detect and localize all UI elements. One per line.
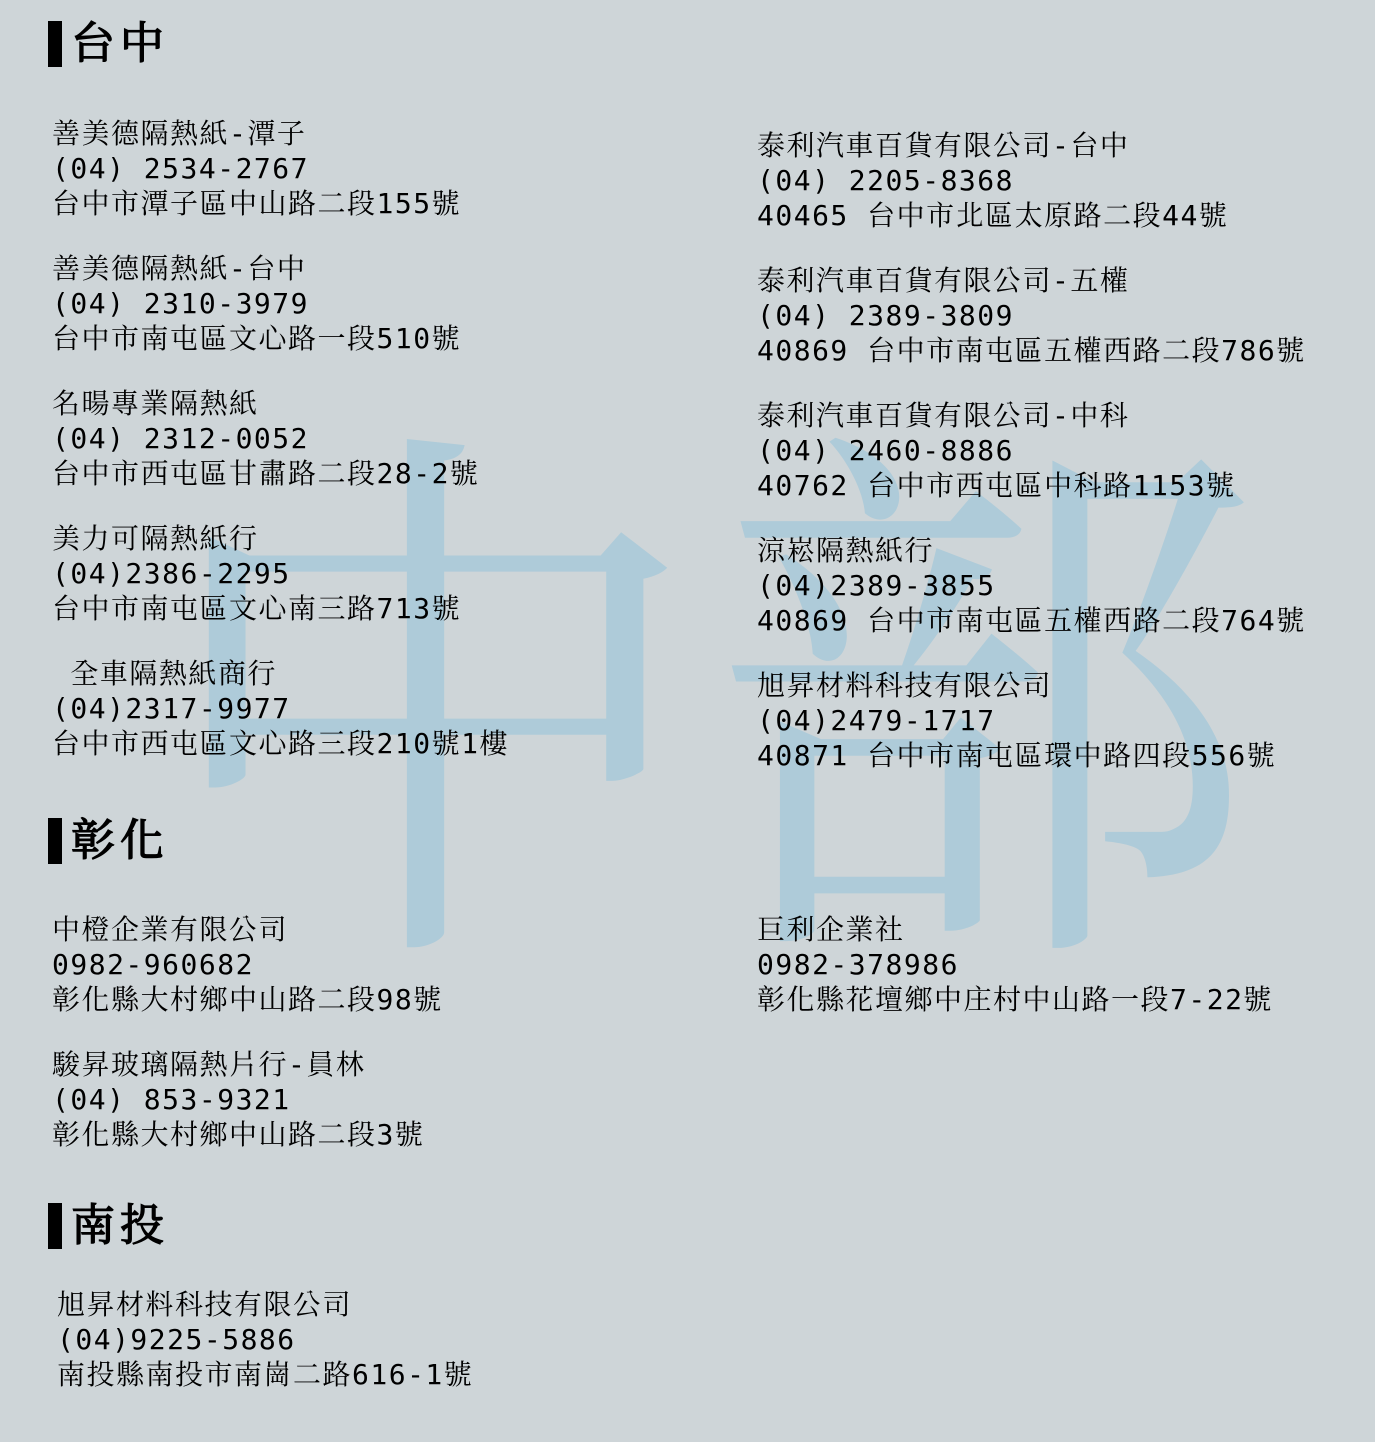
store-phone: (04)2479-1717 <box>757 703 1306 738</box>
store-entry: 善美德隔熱紙-潭子(04) 2534-2767台中市潭子區中山路二段155號 <box>52 116 509 221</box>
store-phone: (04) 2460-8886 <box>757 433 1306 468</box>
store-name: 名暘專業隔熱紙 <box>52 386 509 421</box>
store-phone: (04) 853-9321 <box>52 1082 443 1117</box>
section-title-taichung: 台中 <box>71 21 169 67</box>
store-name: 旭昇材料科技有限公司 <box>57 1287 473 1322</box>
store-entry: 善美德隔熱紙-台中(04) 2310-3979台中市南屯區文心路一段510號 <box>52 251 509 356</box>
store-entry: 涼崧隔熱紙行(04)2389-385540869 台中市南屯區五權西路二段764… <box>757 533 1306 638</box>
store-entry: 中橙企業有限公司0982-960682彰化縣大村鄉中山路二段98號 <box>52 912 443 1017</box>
store-address: 彰化縣大村鄉中山路二段3號 <box>52 1117 443 1152</box>
store-address: 台中市南屯區文心南三路713號 <box>52 591 509 626</box>
section-header-nantou: 南投 <box>48 1203 169 1249</box>
store-phone: (04) 2310-3979 <box>52 286 509 321</box>
store-entry: 泰利汽車百貨有限公司-中科(04) 2460-888640762 台中市西屯區中… <box>757 398 1306 503</box>
store-entry: 泰利汽車百貨有限公司-台中(04) 2205-836840465 台中市北區太原… <box>757 128 1306 233</box>
store-phone: (04)2317-9977 <box>52 691 509 726</box>
store-address: 台中市西屯區甘肅路二段28-2號 <box>52 456 509 491</box>
store-phone: 0982-378986 <box>757 947 1273 982</box>
store-address: 40869 台中市南屯區五權西路二段786號 <box>757 333 1306 368</box>
changhua-left-column: 中橙企業有限公司0982-960682彰化縣大村鄉中山路二段98號駿昇玻璃隔熱片… <box>52 912 443 1152</box>
store-entry: 巨利企業社0982-378986彰化縣花壇鄉中庄村中山路一段7-22號 <box>757 912 1273 1017</box>
store-name: 中橙企業有限公司 <box>52 912 443 947</box>
store-name: 巨利企業社 <box>757 912 1273 947</box>
store-name: 善美德隔熱紙-台中 <box>52 251 509 286</box>
store-name: 泰利汽車百貨有限公司-台中 <box>757 128 1306 163</box>
store-name: 涼崧隔熱紙行 <box>757 533 1306 568</box>
store-entry: 駿昇玻璃隔熱片行-員林(04) 853-9321彰化縣大村鄉中山路二段3號 <box>52 1047 443 1152</box>
store-entry: 旭昇材料科技有限公司(04)2479-171740871 台中市南屯區環中路四段… <box>757 668 1306 773</box>
store-phone: (04)2389-3855 <box>757 568 1306 603</box>
store-address: 南投縣南投市南崗二路616-1號 <box>57 1357 473 1392</box>
store-name: 全車隔熱紙商行 <box>52 656 509 691</box>
store-name: 駿昇玻璃隔熱片行-員林 <box>52 1047 443 1082</box>
header-bar-icon <box>48 1203 62 1249</box>
store-phone: (04)2386-2295 <box>52 556 509 591</box>
store-entry: 名暘專業隔熱紙(04) 2312-0052台中市西屯區甘肅路二段28-2號 <box>52 386 509 491</box>
section-title-nantou: 南投 <box>71 1203 169 1249</box>
store-name: 美力可隔熱紙行 <box>52 521 509 556</box>
store-address: 台中市南屯區文心路一段510號 <box>52 321 509 356</box>
store-phone: (04) 2389-3809 <box>757 298 1306 333</box>
store-phone: (04) 2534-2767 <box>52 151 509 186</box>
store-phone: (04) 2205-8368 <box>757 163 1306 198</box>
store-address: 40465 台中市北區太原路二段44號 <box>757 198 1306 233</box>
changhua-right-column: 巨利企業社0982-378986彰化縣花壇鄉中庄村中山路一段7-22號 <box>757 912 1273 1017</box>
store-phone: (04)9225-5886 <box>57 1322 473 1357</box>
header-bar-icon <box>48 818 62 864</box>
store-address: 台中市西屯區文心路三段210號1樓 <box>52 726 509 761</box>
store-address: 彰化縣花壇鄉中庄村中山路一段7-22號 <box>757 982 1273 1017</box>
taichung-left-column: 善美德隔熱紙-潭子(04) 2534-2767台中市潭子區中山路二段155號善美… <box>52 116 509 761</box>
store-entry: 泰利汽車百貨有限公司-五權(04) 2389-380940869 台中市南屯區五… <box>757 263 1306 368</box>
store-entry: 全車隔熱紙商行(04)2317-9977台中市西屯區文心路三段210號1樓 <box>52 656 509 761</box>
store-address: 40869 台中市南屯區五權西路二段764號 <box>757 603 1306 638</box>
store-entry: 美力可隔熱紙行(04)2386-2295台中市南屯區文心南三路713號 <box>52 521 509 626</box>
store-phone: 0982-960682 <box>52 947 443 982</box>
store-name: 泰利汽車百貨有限公司-中科 <box>757 398 1306 433</box>
store-address: 台中市潭子區中山路二段155號 <box>52 186 509 221</box>
dealer-list-page: 中部 台中 善美德隔熱紙-潭子(04) 2534-2767台中市潭子區中山路二段… <box>0 0 1375 1442</box>
section-header-changhua: 彰化 <box>48 818 169 864</box>
nantou-left-column: 旭昇材料科技有限公司(04)9225-5886南投縣南投市南崗二路616-1號 <box>57 1287 473 1392</box>
store-address: 彰化縣大村鄉中山路二段98號 <box>52 982 443 1017</box>
store-phone: (04) 2312-0052 <box>52 421 509 456</box>
store-entry: 旭昇材料科技有限公司(04)9225-5886南投縣南投市南崗二路616-1號 <box>57 1287 473 1392</box>
section-header-taichung: 台中 <box>48 21 169 67</box>
section-title-changhua: 彰化 <box>71 818 169 864</box>
store-name: 旭昇材料科技有限公司 <box>757 668 1306 703</box>
store-name: 泰利汽車百貨有限公司-五權 <box>757 263 1306 298</box>
store-name: 善美德隔熱紙-潭子 <box>52 116 509 151</box>
store-address: 40762 台中市西屯區中科路1153號 <box>757 468 1306 503</box>
header-bar-icon <box>48 21 62 67</box>
store-address: 40871 台中市南屯區環中路四段556號 <box>757 738 1306 773</box>
taichung-right-column: 泰利汽車百貨有限公司-台中(04) 2205-836840465 台中市北區太原… <box>757 128 1306 773</box>
